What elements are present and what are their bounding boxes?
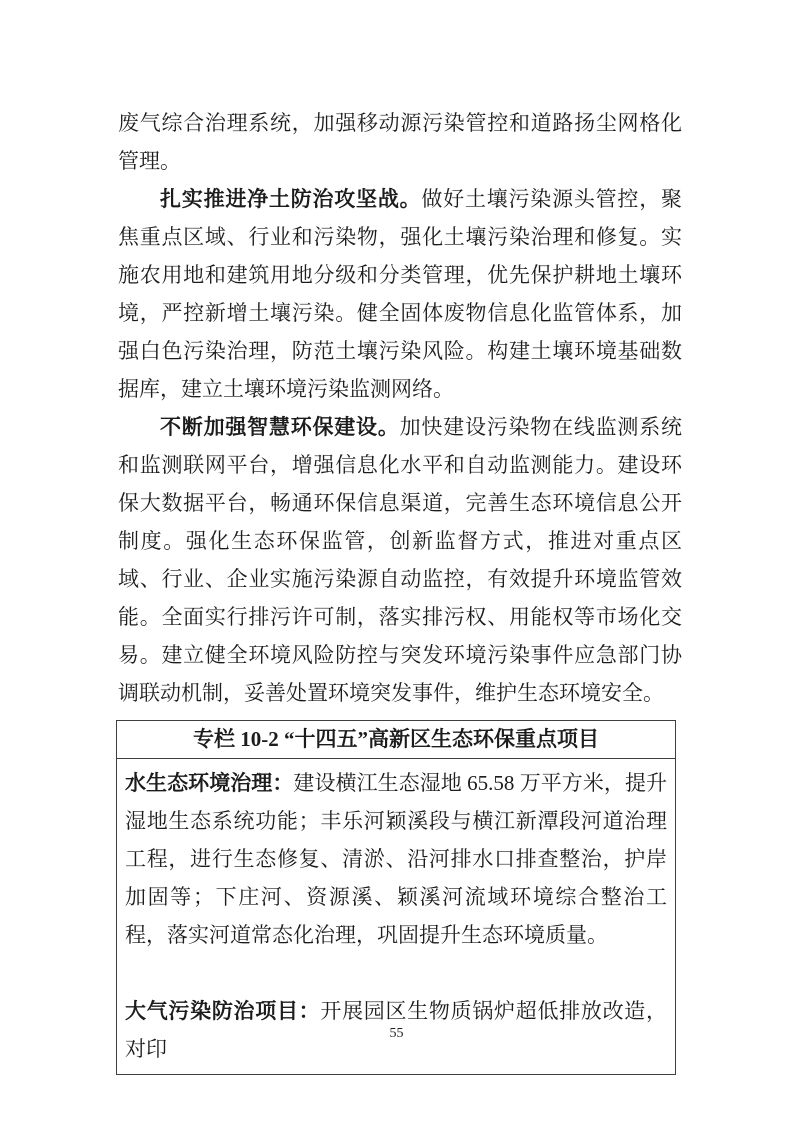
paragraph-text: 加快建设污染物在线监测系统和监测联网平台，增强信息化水平和自动监测能力。建设环保… — [118, 415, 682, 705]
callout-item-text: 建设横江生态湿地 65.58 万平方米，提升湿地生态系统功能；丰乐河颖溪段与横江… — [125, 771, 667, 947]
callout-item-water-ecology: 水生态环境治理：建设横江生态湿地 65.58 万平方米，提升湿地生态系统功能；丰… — [125, 764, 667, 954]
paragraph-text: 废气综合治理系统，加强移动源污染管控和道路扬尘网格化管理。 — [118, 111, 682, 173]
callout-item-lead: 大气污染防治项目： — [125, 999, 320, 1023]
text-block: 废气综合治理系统，加强移动源污染管控和道路扬尘网格化管理。 扎实推进净土防治攻坚… — [118, 104, 682, 1075]
callout-box-title: 专栏 10-2 “十四五”高新区生态环保重点项目 — [117, 721, 675, 759]
paragraph-text: 做好土壤污染源头管控，聚焦重点区域、行业和污染物，强化土壤污染治理和修复。实施农… — [118, 187, 682, 401]
callout-item-lead: 水生态环境治理： — [125, 771, 293, 795]
paragraph-soil-pollution: 扎实推进净土防治攻坚战。做好土壤污染源头管控，聚焦重点区域、行业和污染物，强化土… — [118, 180, 682, 408]
document-page: 废气综合治理系统，加强移动源污染管控和道路扬尘网格化管理。 扎实推进净土防治攻坚… — [0, 0, 793, 1122]
paragraph-continuation: 废气综合治理系统，加强移动源污染管控和道路扬尘网格化管理。 — [118, 104, 682, 180]
paragraph-lead: 扎实推进净土防治攻坚战。 — [160, 187, 421, 211]
paragraph-smart-environment: 不断加强智慧环保建设。加快建设污染物在线监测系统和监测联网平台，增强信息化水平和… — [118, 408, 682, 712]
page-number: 55 — [0, 1026, 793, 1042]
paragraph-lead: 不断加强智慧环保建设。 — [160, 415, 400, 439]
callout-box-key-projects: 专栏 10-2 “十四五”高新区生态环保重点项目 水生态环境治理：建设横江生态湿… — [116, 720, 676, 1075]
